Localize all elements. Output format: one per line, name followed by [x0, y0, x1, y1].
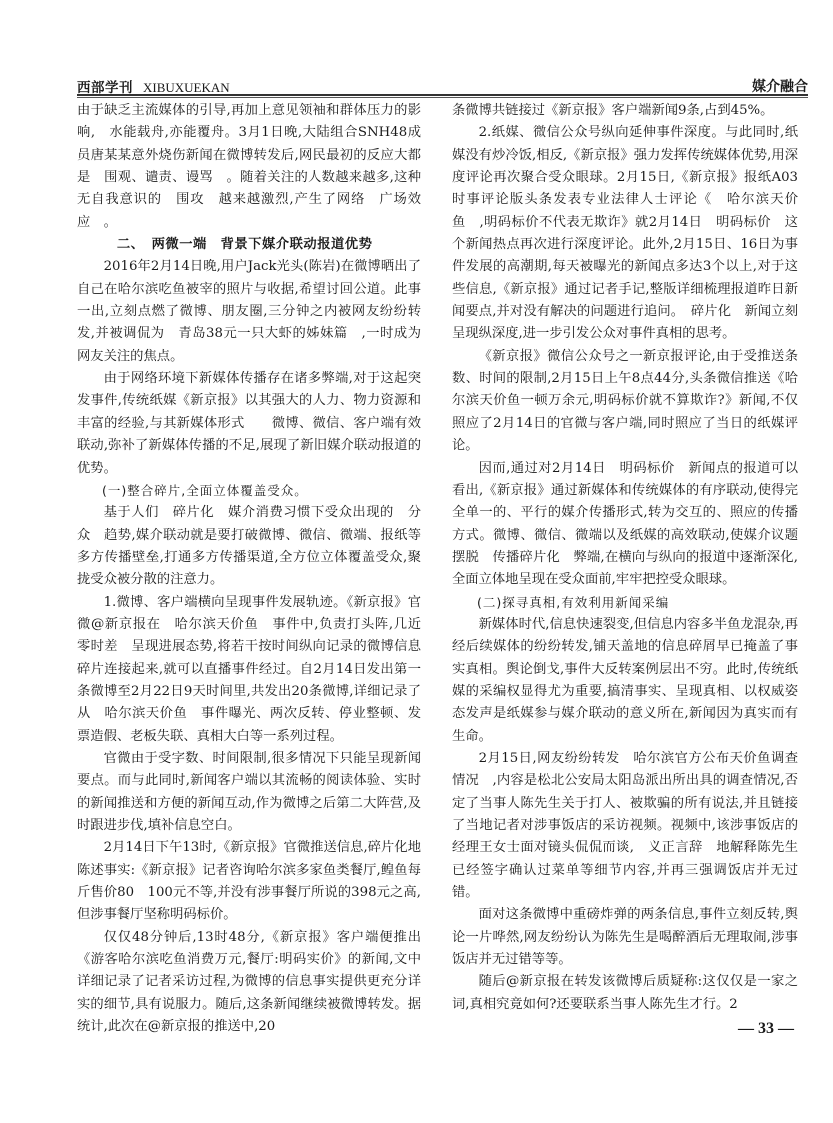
running-header: 西部学刊XIBUXUEKAN 媒介融合 [77, 76, 808, 94]
subsection-heading: (二)探寻真相,有效利用新闻采编 [452, 592, 798, 614]
left-column: 由于缺乏主流媒体的引导,再加上意见领袖和群体压力的影响, 水能载舟,亦能覆舟。3… [77, 100, 421, 1038]
subsection-heading: (一)整合碎片,全面立体覆盖受众。 [77, 480, 421, 502]
page-number: — 33 — [738, 1020, 794, 1038]
journal-title: 西部学刊XIBUXUEKAN [77, 76, 230, 96]
paragraph: 2月15日,网友纷纷转发 哈尔滨官方公布天价鱼调查情况 ,内容是松北公安局太阳岛… [452, 748, 798, 904]
paragraph: 因而,通过对2月14日 明码标价 新闻点的报道可以看出,《新京报》通过新媒体和传… [452, 458, 798, 592]
paragraph: 1.微博、客户端横向呈现事件发展轨迹。《新京报》官微@新京报在 哈尔滨天价鱼 事… [77, 592, 421, 748]
paragraph: 新媒体时代,信息快速裂变,但信息内容多半鱼龙混杂,再经后续媒体的纷纷转发,铺天盖… [452, 614, 798, 748]
header-rule-thin [77, 97, 808, 98]
paragraph: 由于网络环境下新媒体传播存在诸多弊端,对于这起突发事件,传统纸媒《新京报》以其强… [77, 368, 421, 480]
paragraph: 官微由于受字数、时间限制,很多情况下只能呈现新闻要点。而与此同时,新闻客户端以其… [77, 748, 421, 837]
paragraph: 基于人们 碎片化 媒介消费习惯下受众出现的 分众 趋势,媒介联动就是要打破微博、… [77, 502, 421, 591]
paragraph: 《新京报》微信公众号之一新京报评论,由于受推送条数、时间的限制,2月15日上午8… [452, 346, 798, 458]
header-rule [77, 94, 808, 96]
section-title: 媒介融合 [752, 76, 808, 96]
paragraph: 条微博共链接过《新京报》客户端新闻9条,占到45%。 [452, 100, 798, 122]
paragraph: 2.纸媒、微信公众号纵向延伸事件深度。与此同时,纸媒没有炒冷饭,相反,《新京报》… [452, 122, 798, 345]
journal-title-en: XIBUXUEKAN [143, 80, 230, 95]
paragraph: 面对这条微博中重磅炸弹的两条信息,事件立刻反转,舆论一片哗然,网友纷纷认为陈先生… [452, 904, 798, 971]
paragraph: 2016年2月14日晚,用户Jack光头(陈岩)在微博晒出了自己在哈尔滨吃鱼被宰… [77, 256, 421, 368]
paragraph: 2月14日下午13时,《新京报》官微推送信息,碎片化地陈述事实:《新京报》记者咨… [77, 837, 421, 926]
section-heading: 二、 两微一端 背景下媒介联动报道优势 [77, 234, 421, 256]
paragraph: 由于缺乏主流媒体的引导,再加上意见领袖和群体压力的影响, 水能载舟,亦能覆舟。3… [77, 100, 421, 234]
right-column: 条微博共链接过《新京报》客户端新闻9条,占到45%。 2.纸媒、微信公众号纵向延… [452, 100, 798, 1016]
paragraph: 随后@新京报在转发该微博后质疑称:这仅仅是一家之词,真相究竟如何?还要联系当事人… [452, 971, 798, 1016]
paragraph: 仅仅48分钟后,13时48分,《新京报》客户端便推出《游客哈尔滨吃鱼消费万元,餐… [77, 927, 421, 1039]
